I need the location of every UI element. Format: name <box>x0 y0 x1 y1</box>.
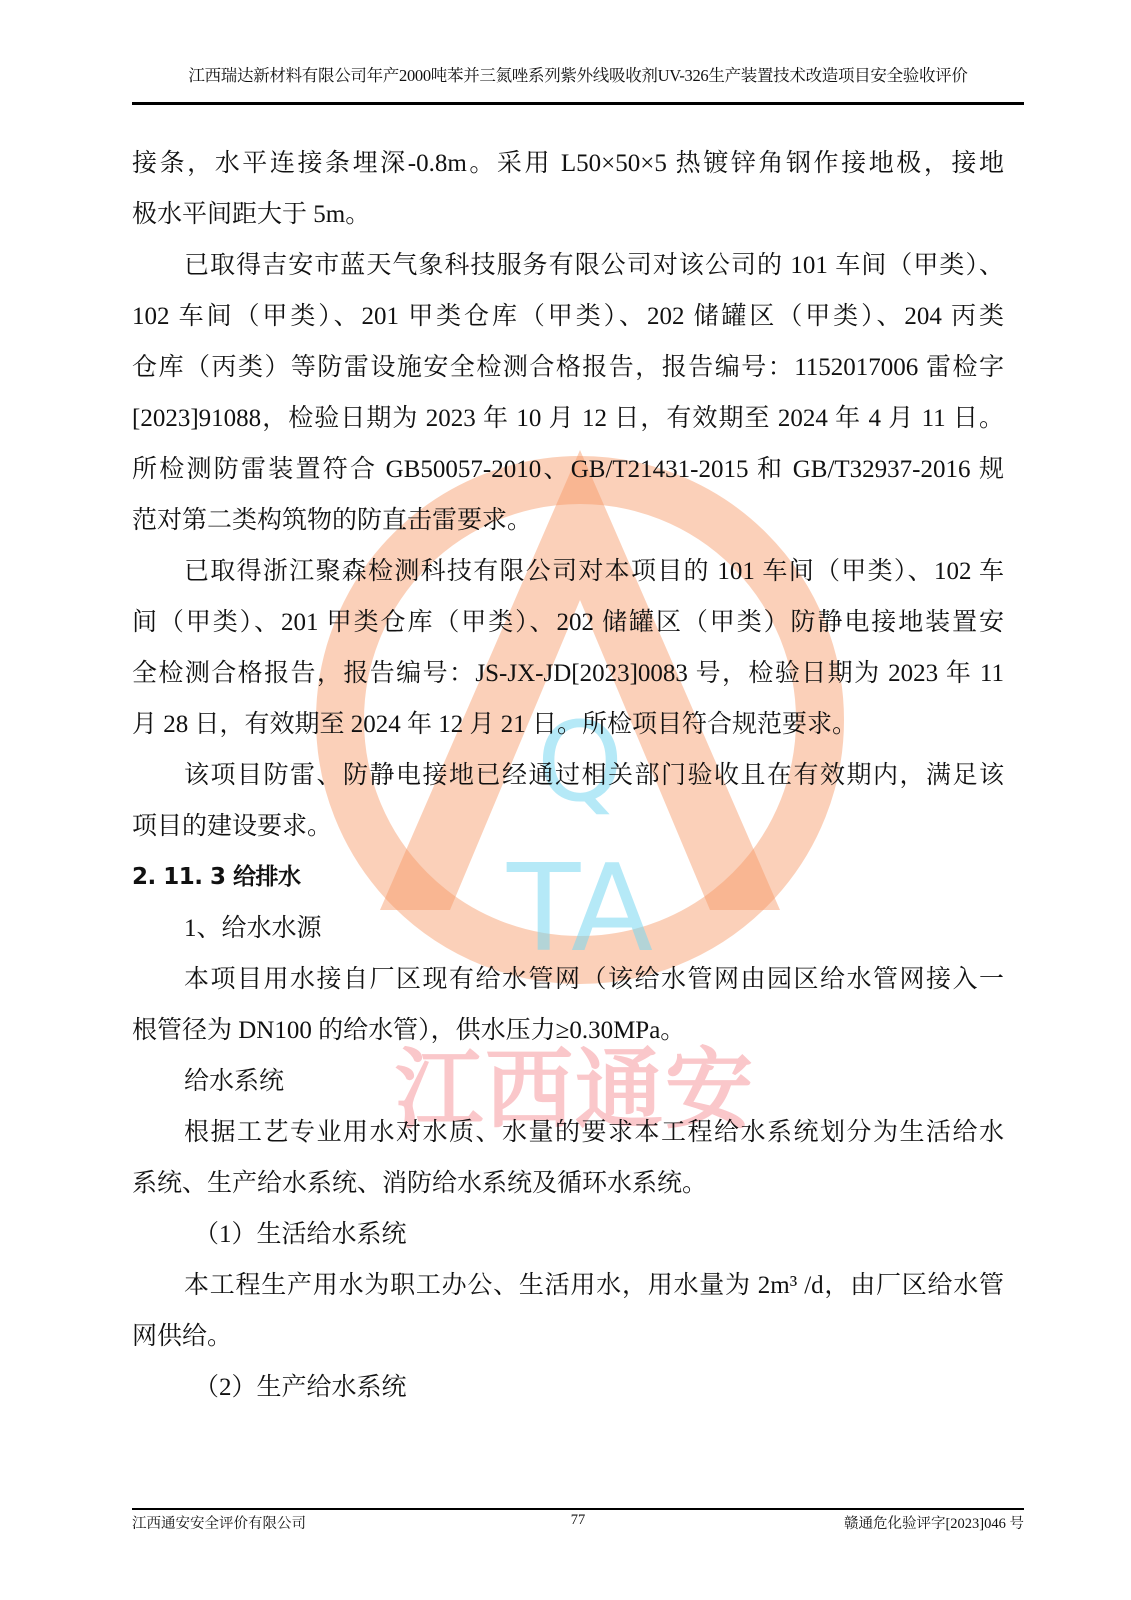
paragraph-start: 根据工艺专业用水对水质、水量的要求本工程给水系统划分为生活给水 <box>132 1107 1004 1158</box>
body-line: 月 28 日，有效期至 2024 年 12 月 21 日。所检项目符合规范要求。 <box>132 699 1004 750</box>
body-line: 项目的建设要求。 <box>132 801 1004 852</box>
footer-divider <box>132 1508 1024 1510</box>
document-body: 接条，水平连接条埋深-0.8m。采用 L50×50×5 热镀锌角钢作接地极，接地… <box>132 138 1004 1413</box>
page-header: 江西瑞达新材料有限公司年产2000吨苯并三氮唑系列紫外线吸收剂UV-326生产装… <box>132 62 1024 86</box>
paragraph-start: 本项目用水接自厂区现有给水管网（该给水管网由园区给水管网接入一 <box>132 954 1004 1005</box>
body-line: 所检测防雷装置符合 GB50057-2010、GB/T21431-2015 和 … <box>132 444 1004 495</box>
body-line: 102 车间（甲类）、201 甲类仓库（甲类）、202 储罐区（甲类）、204 … <box>132 291 1004 342</box>
subsection-label: 给水系统 <box>132 1056 1004 1107</box>
body-line: [2023]91088，检验日期为 2023 年 10 月 12 日，有效期至 … <box>132 393 1004 444</box>
body-line: 范对第二类构筑物的防直击雷要求。 <box>132 495 1004 546</box>
document-code: 赣通危化验评字[2023]046 号 <box>844 1512 1024 1533</box>
page-footer: 江西通安安全评价有限公司 77 赣通危化验评字[2023]046 号 <box>132 1512 1024 1534</box>
body-line: 网供给。 <box>132 1311 1004 1362</box>
paragraph-start: 本工程生产用水为职工办公、生活用水，用水量为 2m³ /d，由厂区给水管 <box>132 1260 1004 1311</box>
header-divider <box>132 102 1024 105</box>
body-line: 全检测合格报告，报告编号：JS-JX-JD[2023]0083 号，检验日期为 … <box>132 648 1004 699</box>
paragraph-start: 已取得吉安市蓝天气象科技服务有限公司对该公司的 101 车间（甲类）、 <box>132 240 1004 291</box>
body-line: 极水平间距大于 5m。 <box>132 189 1004 240</box>
body-line: 间（甲类）、201 甲类仓库（甲类）、202 储罐区（甲类）防静电接地装置安 <box>132 597 1004 648</box>
body-line: 接条，水平连接条埋深-0.8m。采用 L50×50×5 热镀锌角钢作接地极，接地 <box>132 138 1004 189</box>
paragraph-start: 已取得浙江聚森检测科技有限公司对本项目的 101 车间（甲类）、102 车 <box>132 546 1004 597</box>
subsection-label: 1、给水水源 <box>132 903 1004 954</box>
subsection-label: （2）生产给水系统 <box>132 1362 1004 1413</box>
section-heading: 2. 11. 3 给排水 <box>132 852 1004 903</box>
paragraph-start: 该项目防雷、防静电接地已经通过相关部门验收且在有效期内，满足该 <box>132 750 1004 801</box>
body-line: 系统、生产给水系统、消防给水系统及循环水系统。 <box>132 1158 1004 1209</box>
body-line: 根管径为 DN100 的给水管），供水压力≥0.30MPa。 <box>132 1005 1004 1056</box>
subsection-label: （1）生活给水系统 <box>132 1209 1004 1260</box>
body-line: 仓库（丙类）等防雷设施安全检测合格报告，报告编号：1152017006 雷检字 <box>132 342 1004 393</box>
